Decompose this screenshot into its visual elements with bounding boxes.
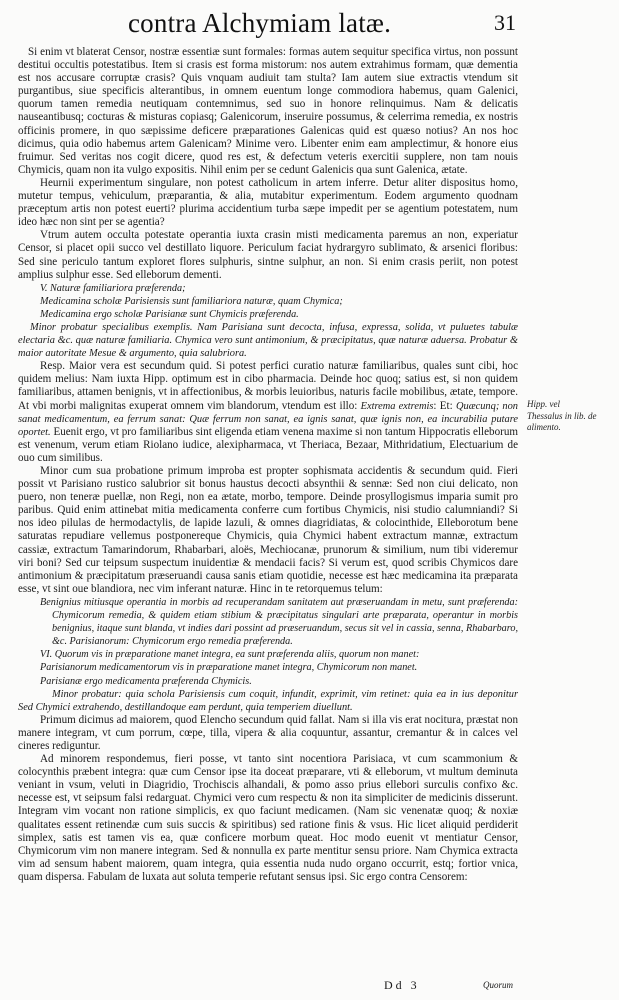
paragraph: Ad minorem respondemus, fieri posse, vt …: [18, 753, 518, 884]
running-head: contra Alchymiam latæ. 31: [0, 8, 619, 40]
paragraph: Minor cum sua probatione primum improba …: [18, 465, 518, 596]
syllogism-line: VI. Quorum vis in præparatione manet int…: [18, 648, 518, 661]
syllogism-line: Medicamina scholæ Parisiensis sunt famil…: [18, 295, 518, 308]
running-title: contra Alchymiam latæ.: [128, 8, 391, 39]
paragraph-continuation: Euenit ergo, vt pro familiaribus sint el…: [18, 426, 518, 464]
book-page: contra Alchymiam latæ. 31 Si enim vt bla…: [0, 0, 619, 1000]
quote-extrema: Extrema extremis: [361, 401, 434, 412]
syllogism-line: Parisianorum medicamentorum vis in præpa…: [18, 661, 518, 674]
paragraph: Primum dicimus ad maiorem, quod Elencho …: [18, 714, 518, 753]
syllogism-line: V. Naturæ familiariora præferenda;: [18, 282, 518, 295]
paragraph: Vtrum autem occulta potestate operantia …: [18, 229, 518, 281]
page-number: 31: [494, 10, 516, 36]
minor-probatur: Minor probatur specialibus exemplis. Nam…: [18, 321, 518, 360]
catchword: Quorum: [483, 980, 513, 990]
paragraph: Resp. Maior vera est secundum quid. Si p…: [18, 360, 518, 465]
paragraph: Heurnii experimentum singulare, non pote…: [18, 177, 518, 229]
marginal-note: Hipp. vel Thessalus in lib. de alimento.: [527, 399, 597, 434]
quote-et: Et:: [440, 400, 453, 412]
retort-syllogism: Benignius mitiusque operantia in morbis …: [18, 596, 518, 648]
body-text: Si enim vt blaterat Censor, nostræ essen…: [18, 46, 518, 884]
paragraph: Si enim vt blaterat Censor, nostræ essen…: [18, 46, 518, 177]
syllogism-line: Parisianæ ergo medicamenta præferenda Ch…: [18, 675, 518, 688]
minor-probatur: Minor probatur: quia schola Parisiensis …: [18, 688, 518, 714]
syllogism-line: Medicamina ergo scholæ Parisianæ sunt Ch…: [18, 308, 518, 321]
signature-mark: Dd 3: [384, 978, 420, 993]
